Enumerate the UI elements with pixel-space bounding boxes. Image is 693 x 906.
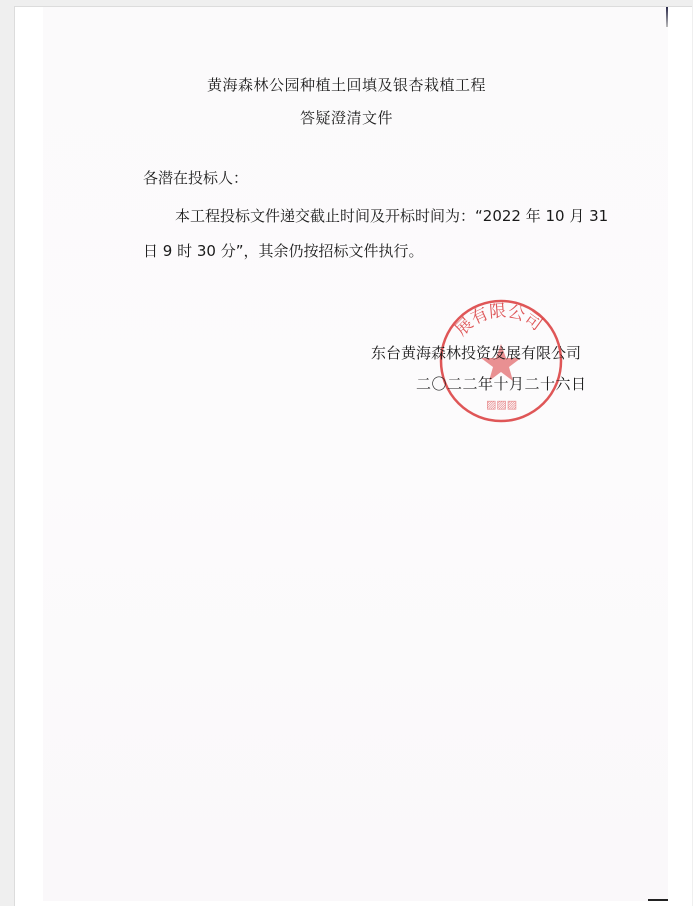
scanned-document bbox=[43, 7, 668, 901]
scan-edge-shadow-bottom bbox=[648, 899, 668, 901]
document-subtitle: 答疑澄清文件 bbox=[0, 107, 693, 128]
body-paragraph-line-1: 本工程投标文件递交截止时间及开标时间为：“2022 年 10 月 31 bbox=[175, 205, 608, 226]
signature-date: 二〇二二年十月二十六日 bbox=[416, 373, 587, 394]
scan-edge-shadow bbox=[666, 7, 668, 27]
salutation: 各潜在投标人： bbox=[143, 167, 248, 188]
document-title: 黄海森林公园种植土回填及银杏栽植工程 bbox=[0, 74, 693, 95]
body-paragraph-line-2: 日 9 时 30 分”，其余仍按招标文件执行。 bbox=[143, 240, 423, 261]
signature-company: 东台黄海森林投资发展有限公司 bbox=[371, 342, 581, 363]
